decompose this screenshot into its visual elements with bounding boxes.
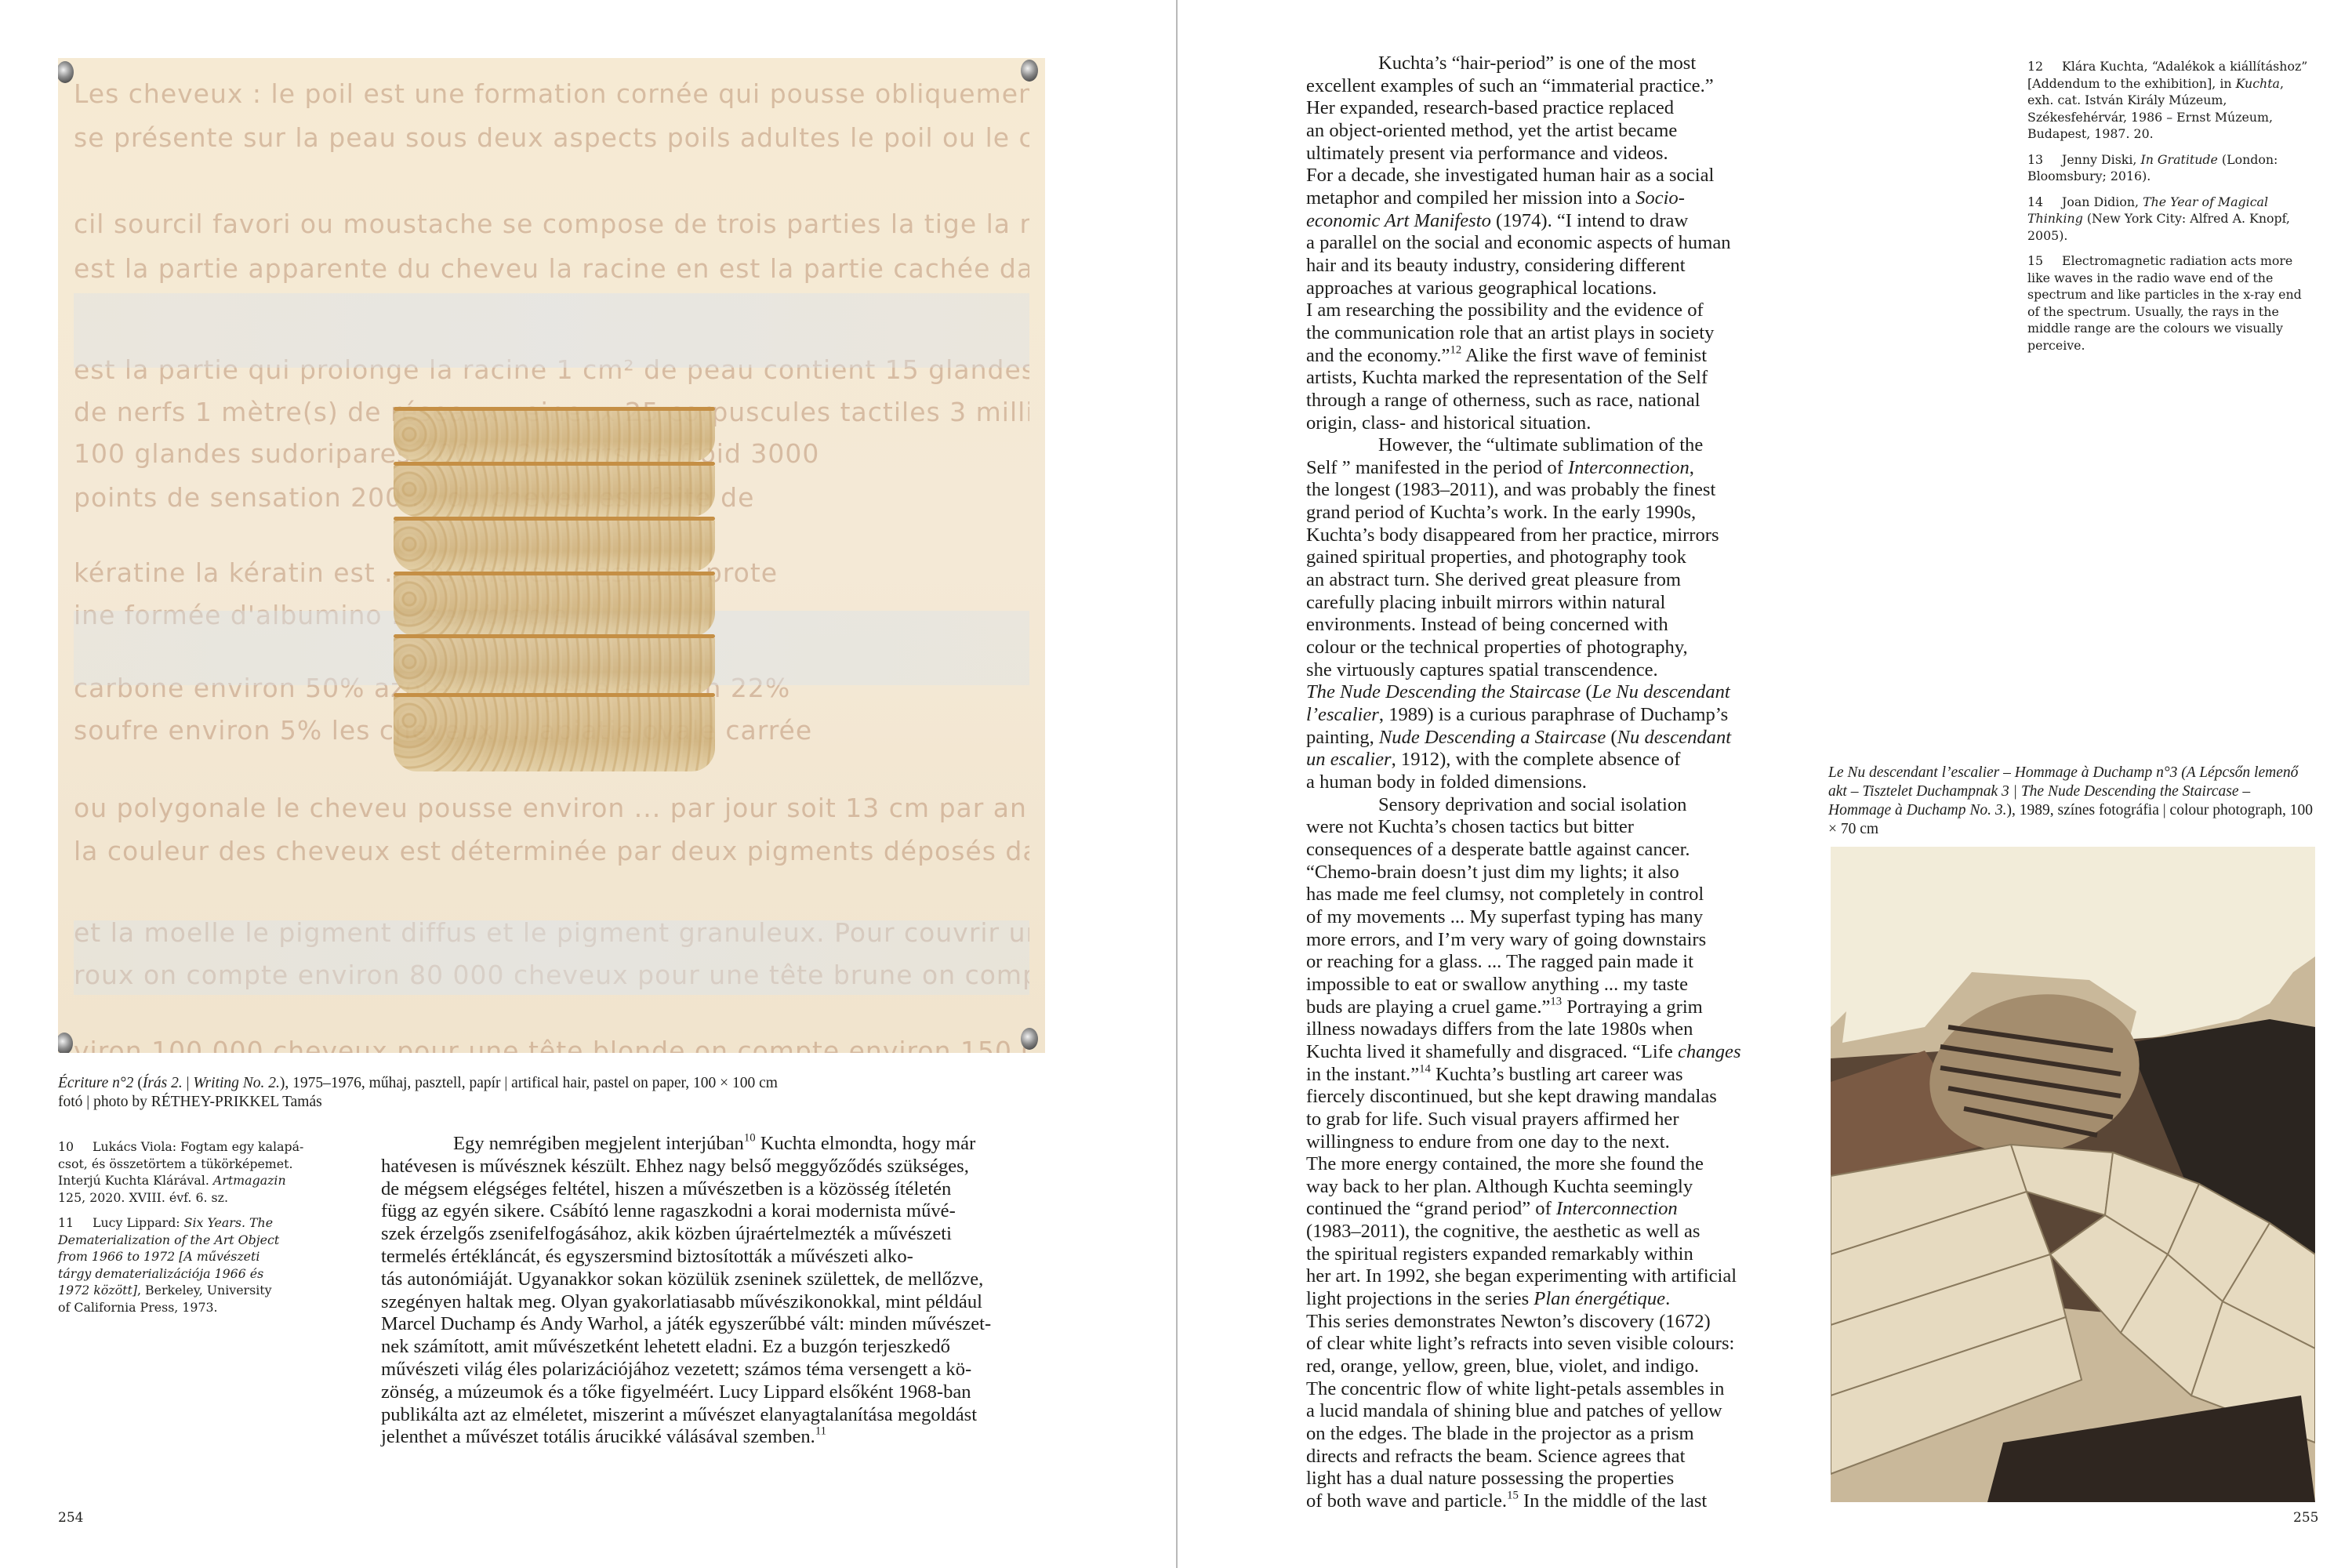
text-run: were not Kuchta’s chosen tactics but bit… — [1306, 816, 1634, 837]
footnotes-left: 10Lukács Viola: Fogtam egy kalapá- csot,… — [58, 1138, 379, 1324]
text-line: gained spiritual properties, and photogr… — [1306, 546, 1808, 569]
text-run: Portraying a grim — [1562, 996, 1703, 1018]
handwritten-line: viron 100 000 cheveux pour une tête blon… — [74, 1036, 1029, 1053]
italic-title: l’escalier — [1306, 704, 1379, 725]
text-run: red, orange, yellow, green, blue, violet… — [1306, 1356, 1699, 1377]
footnote-ref-12[interactable]: 12 — [1450, 343, 1461, 356]
text-run: gained spiritual properties, and photogr… — [1306, 546, 1686, 568]
text-line: directs and refracts the beam. Science a… — [1306, 1446, 1808, 1468]
italic-title: Nu descendant — [1617, 727, 1732, 748]
footnote-text: Joan Didion, — [2062, 194, 2143, 209]
text-line: environments. Instead of being concerned… — [1306, 614, 1808, 637]
text-line: on the edges. The blade in the projector… — [1306, 1423, 1808, 1446]
text-line: an abstract turn. She derived great plea… — [1306, 569, 1808, 592]
text-run: For a decade, she investigated human hai… — [1306, 165, 1714, 186]
pastel-band — [74, 920, 1029, 995]
footnotes-right: 12Klára Kuchta, “Adalékok a kiállításhoz… — [2027, 58, 2310, 362]
italic-title: Nude Descending a Staircase — [1379, 727, 1606, 748]
footnote-ref-15[interactable]: 15 — [1507, 1490, 1519, 1502]
text-line: an object-oriented method, yet the artis… — [1306, 120, 1808, 143]
text-line: has made me feel clumsy, not completely … — [1306, 884, 1808, 906]
handwritten-line: la couleur des cheveux est déterminée pa… — [74, 836, 1029, 866]
text-line: the spiritual registers expanded remarka… — [1306, 1243, 1808, 1266]
text-line: hatévesen is művésznek készült. Ehhez na… — [381, 1156, 1047, 1178]
text-run: “Chemo-brain doesn’t just dim my lights;… — [1306, 862, 1679, 883]
text-line: economic Art Manifesto (1974). “I intend… — [1306, 210, 1808, 233]
text-line: Egy nemrégiben megjelent interjúban10 Ku… — [381, 1133, 1047, 1156]
text-run: an abstract turn. She derived great plea… — [1306, 569, 1681, 590]
text-line: excellent examples of such an “immateria… — [1306, 75, 1808, 98]
text-line: termelés értékláncát, és egyszersmind bi… — [381, 1246, 1047, 1269]
text-line: the communication role that an artist pl… — [1306, 322, 1808, 345]
text-line: ultimately present via performance and v… — [1306, 143, 1808, 165]
book-gutter — [1176, 0, 1178, 1568]
pastel-band — [74, 293, 1029, 368]
text-line: to grab for life. Such visual prayers af… — [1306, 1109, 1808, 1131]
text-run: buds are playing a cruel game.” — [1306, 996, 1550, 1018]
footnote-number: 13 — [2027, 151, 2062, 169]
text-run: approaches at various geographical locat… — [1306, 278, 1657, 299]
text-line: The more energy contained, the more she … — [1306, 1153, 1808, 1176]
text-line: painting, Nude Descending a Staircase (N… — [1306, 727, 1808, 750]
handwritten-line: Les cheveux : le poil est une formation … — [74, 78, 1029, 109]
text-run: Kuchta’s “hair-period” is one of the mos… — [1378, 53, 1696, 74]
text-line: For a decade, she investigated human hai… — [1306, 165, 1808, 187]
text-line: impossible to eat or swallow anything ..… — [1306, 974, 1808, 996]
italic-title: changes — [1678, 1041, 1741, 1062]
text-line: jelenthet a művészet totális árucikké vá… — [381, 1426, 1047, 1449]
text-line: carefully placing inbuilt mirrors within… — [1306, 592, 1808, 615]
text-run: impossible to eat or swallow anything ..… — [1306, 974, 1688, 995]
artificial-hair-grid — [394, 407, 715, 775]
text-line: However, the “ultimate sublimation of th… — [1306, 434, 1808, 457]
footnote-text: Electromagnetic radiation acts more like… — [2027, 253, 2302, 353]
handwritten-line: se présente sur la peau sous deux aspect… — [74, 122, 1029, 153]
footnote-source-title: Six Years. The — [184, 1215, 273, 1230]
text-line: Kuchta’s body disappeared from her pract… — [1306, 524, 1808, 547]
text-line: művészeti világ éles polarizációjához ve… — [381, 1359, 1047, 1381]
text-line: red, orange, yellow, green, blue, violet… — [1306, 1356, 1808, 1378]
footnote-ref-13[interactable]: 13 — [1550, 995, 1562, 1007]
footnote-text: Interjú Kuchta Klárával. — [58, 1173, 213, 1188]
handwritten-line: ou polygonale le cheveu pousse environ .… — [74, 793, 1029, 823]
text-line: willingness to endure from one day to th… — [1306, 1131, 1808, 1154]
footnote-number: 11 — [58, 1214, 93, 1232]
footnote-number: 15 — [2027, 252, 2062, 270]
text-line: szek érzelgős zsenifelfogásához, akik kö… — [381, 1223, 1047, 1246]
text-run: ( — [1606, 727, 1617, 748]
footnote-text: Lucy Lippard: — [93, 1215, 184, 1230]
text-line: hair and its beauty industry, considerin… — [1306, 255, 1808, 278]
text-run: way back to her plan. Although Kuchta se… — [1306, 1176, 1693, 1197]
text-line: Marcel Duchamp és Andy Warhol, a játék e… — [381, 1313, 1047, 1336]
text-line: fiercely discontinued, but she kept draw… — [1306, 1086, 1808, 1109]
text-run: grand period of Kuchta’s work. In the ea… — [1306, 502, 1696, 523]
footnote-source-title: tárgy dematerializációja 1966 és — [58, 1266, 263, 1281]
text-line: Sensory deprivation and social isolation — [1306, 794, 1808, 817]
text-line: way back to her plan. Although Kuchta se… — [1306, 1176, 1808, 1199]
text-run: hair and its beauty industry, considerin… — [1306, 255, 1686, 276]
text-line: publikálta azt az elméletet, miszerint a… — [381, 1404, 1047, 1427]
body-text-hungarian: Egy nemrégiben megjelent interjúban10 Ku… — [381, 1133, 1047, 1449]
text-run: This series demonstrates Newton’s discov… — [1306, 1311, 1711, 1332]
text-run: and the economy.” — [1306, 345, 1450, 366]
text-line: Self ” manifested in the period of Inter… — [1306, 457, 1808, 480]
text-run: ( — [1581, 681, 1592, 702]
footnote-ref-14[interactable]: 14 — [1419, 1062, 1431, 1075]
caption-sep: ( — [133, 1075, 142, 1091]
text-run: The concentric flow of white light-petal… — [1306, 1378, 1724, 1399]
text-line: were not Kuchta’s chosen tactics but bit… — [1306, 816, 1808, 839]
text-run: her art. In 1992, she began experimentin… — [1306, 1265, 1737, 1287]
footnote-12: 12Klára Kuchta, “Adalékok a kiállításhoz… — [2027, 58, 2310, 143]
text-line: approaches at various geographical locat… — [1306, 278, 1808, 300]
text-line: more errors, and I’m very wary of going … — [1306, 929, 1808, 952]
text-run: artists, Kuchta marked the representatio… — [1306, 367, 1708, 388]
footnote-11: 11Lucy Lippard: Six Years. The Demateria… — [58, 1214, 379, 1316]
text-line: a human body in folded dimensions. — [1306, 771, 1808, 794]
text-run: fiercely discontinued, but she kept draw… — [1306, 1086, 1717, 1107]
text-run: willingness to endure from one day to th… — [1306, 1131, 1670, 1152]
mount-screw-icon — [1021, 1028, 1038, 1050]
text-run: of both wave and particle. — [1306, 1490, 1507, 1512]
text-line: her art. In 1992, she began experimentin… — [1306, 1265, 1808, 1288]
text-run: . — [1665, 1288, 1670, 1309]
text-line: un escalier, 1912), with the complete ab… — [1306, 749, 1808, 771]
text-run: environments. Instead of being concerned… — [1306, 614, 1668, 635]
text-run: excellent examples of such an “immateria… — [1306, 75, 1714, 96]
footnote-source-title: 1972 között] — [58, 1283, 137, 1298]
text-line: colour or the technical properties of ph… — [1306, 637, 1808, 659]
text-run: to grab for life. Such visual prayers af… — [1306, 1109, 1679, 1130]
text-run: she virtuously captures spatial transcen… — [1306, 659, 1658, 681]
text-line: szegényen haltak meg. Olyan gyakorlatias… — [381, 1291, 1047, 1314]
text-run: Kuchta lived it shamefully and disgraced… — [1306, 1041, 1678, 1062]
text-line: light has a dual nature possessing the p… — [1306, 1468, 1808, 1490]
footnote-source-title: from 1966 to 1972 [A művészeti — [58, 1249, 260, 1264]
text-run: ultimately present via performance and v… — [1306, 143, 1668, 164]
text-run: Kuchta elmondta, hogy már — [756, 1133, 976, 1154]
text-run: more errors, and I’m very wary of going … — [1306, 929, 1706, 950]
text-run: consequences of a desperate battle again… — [1306, 839, 1690, 860]
body-text-english: Kuchta’s “hair-period” is one of the mos… — [1306, 53, 1808, 1513]
footnote-ref-11[interactable]: 11 — [815, 1425, 826, 1438]
text-run: through a range of otherness, such as ra… — [1306, 390, 1700, 411]
text-run: , 1912), with the complete absence of — [1392, 749, 1681, 770]
footnote-13: 13Jenny Diski, In Gratitude (London: Blo… — [2027, 151, 2310, 185]
footnote-number: 14 — [2027, 194, 2062, 211]
text-line: This series demonstrates Newton’s discov… — [1306, 1311, 1808, 1334]
text-run: Self ” manifested in the period of — [1306, 457, 1568, 478]
text-line: tás autonómiáját. Ugyanakkor sokan közül… — [381, 1269, 1047, 1291]
text-run: carefully placing inbuilt mirrors within… — [1306, 592, 1665, 613]
footnote-text: , Berkeley, University — [137, 1283, 272, 1298]
text-run: origin, class- and historical situation. — [1306, 412, 1591, 434]
italic-title: Interconnection — [1568, 457, 1690, 478]
text-run: (1974). “I intend to draw — [1491, 210, 1688, 231]
text-line: (1983–2011), the cognitive, the aestheti… — [1306, 1221, 1808, 1243]
text-run: In the middle of the last — [1519, 1490, 1707, 1512]
text-line: in the instant.”14 Kuchta’s bustling art… — [1306, 1064, 1808, 1087]
text-run: or reaching for a glass. ... The ragged … — [1306, 951, 1693, 972]
italic-title: Plan énergétique — [1534, 1288, 1665, 1309]
text-run: continued the “grand period” of — [1306, 1198, 1556, 1219]
text-line: nek számított, amit művészetként lehetet… — [381, 1336, 1047, 1359]
text-line: artists, Kuchta marked the representatio… — [1306, 367, 1808, 390]
text-run: a parallel on the social and economic as… — [1306, 232, 1731, 253]
footnote-source-title: Artmagazin — [213, 1173, 286, 1188]
footnote-14: 14Joan Didion, The Year of Magical Think… — [2027, 194, 2310, 245]
footnote-source-title: Kuchta — [2236, 76, 2280, 91]
mount-screw-icon — [58, 61, 74, 83]
footnote-text: Lukács Viola: Fogtam egy kalapá- — [93, 1139, 303, 1154]
caption-details: ), 1975–1976, műhaj, pasztell, papír | a… — [280, 1075, 778, 1091]
page-number-right: 255 — [2293, 1510, 2318, 1526]
italic-title: Le Nu descendant — [1592, 681, 1730, 702]
artwork-caption: Écriture n°2 (Írás 2. | Writing No. 2.),… — [58, 1074, 1046, 1112]
text-line: függ az egyén sikere. Csábító lenne raga… — [381, 1200, 1047, 1223]
text-run: of my movements ... My superfast typing … — [1306, 906, 1703, 927]
text-line: de mégsem elégséges feltétel, hiszen a m… — [381, 1178, 1047, 1201]
text-line: grand period of Kuchta’s work. In the ea… — [1306, 502, 1808, 524]
text-line: a lucid mandala of shining blue and patc… — [1306, 1400, 1808, 1423]
text-line: and the economy.”12 Alike the first wave… — [1306, 345, 1808, 368]
text-run: Her expanded, research-based practice re… — [1306, 97, 1674, 118]
italic-title: economic Art Manifesto — [1306, 210, 1491, 231]
text-run: the communication role that an artist pl… — [1306, 322, 1714, 343]
caption-title: Écriture n°2 — [58, 1075, 133, 1091]
text-line: I am researching the possibility and the… — [1306, 299, 1808, 322]
handwritten-line: cil sourcil favori ou moustache se compo… — [74, 209, 1029, 239]
text-run: light has a dual nature possessing the p… — [1306, 1468, 1674, 1489]
staircase-photo-illustration — [1831, 847, 2315, 1502]
italic-title: Socio- — [1635, 187, 1685, 209]
text-line: or reaching for a glass. ... The ragged … — [1306, 951, 1808, 974]
footnote-15: 15Electromagnetic radiation acts more li… — [2027, 252, 2310, 354]
text-line: The concentric flow of white light-petal… — [1306, 1378, 1808, 1401]
mount-screw-icon — [58, 1033, 73, 1053]
handwritten-line: est la partie apparente du cheveu la rac… — [74, 253, 1029, 284]
text-run: of clear white light’s refracts into sev… — [1306, 1333, 1734, 1354]
text-run: (1983–2011), the cognitive, the aestheti… — [1306, 1221, 1700, 1242]
artwork-ecriture-no2: Les cheveux : le poil est une formation … — [58, 58, 1045, 1053]
text-run: Kuchta’s bustling art career was — [1431, 1064, 1683, 1085]
text-line: through a range of otherness, such as ra… — [1306, 390, 1808, 412]
text-line: origin, class- and historical situation. — [1306, 412, 1808, 435]
text-run: a human body in folded dimensions. — [1306, 771, 1587, 793]
text-run: Kuchta’s body disappeared from her pract… — [1306, 524, 1719, 546]
photo-credit: fotó | photo by RÉTHEY-PRIKKEL Tamás — [58, 1093, 1046, 1112]
footnote-text: csot, és összetörtem a tükörképemet. — [58, 1156, 293, 1171]
text-run: the spiritual registers expanded remarka… — [1306, 1243, 1693, 1265]
footnote-number: 10 — [58, 1138, 93, 1156]
text-line: metaphor and compiled her mission into a… — [1306, 187, 1808, 210]
photo-nude-descending-staircase — [1831, 847, 2315, 1502]
text-line: of both wave and particle.15 In the midd… — [1306, 1490, 1808, 1513]
footnote-text: Jenny Diski, — [2062, 152, 2140, 167]
text-line: Kuchta’s “hair-period” is one of the mos… — [1306, 53, 1808, 75]
text-line: “Chemo-brain doesn’t just dim my lights;… — [1306, 862, 1808, 884]
caption-sep: | — [183, 1075, 194, 1091]
page-number-left: 254 — [58, 1510, 83, 1526]
text-line: l’escalier, 1989) is a curious paraphras… — [1306, 704, 1808, 727]
text-line: continued the “grand period” of Intercon… — [1306, 1198, 1808, 1221]
mount-screw-icon — [1021, 60, 1038, 82]
text-run: The more energy contained, the more she … — [1306, 1153, 1704, 1174]
text-run: I am researching the possibility and the… — [1306, 299, 1704, 321]
text-run: , 1989) is a curious paraphrase of Ducha… — [1379, 704, 1728, 725]
text-run: Egy nemrégiben megjelent interjúban — [453, 1133, 744, 1154]
text-run: directs and refracts the beam. Science a… — [1306, 1446, 1685, 1467]
text-run: the longest (1983–2011), and was probabl… — [1306, 479, 1715, 500]
photo-caption: Le Nu descendant l’escalier – Hommage à … — [1828, 764, 2314, 839]
footnote-number: 12 — [2027, 58, 2062, 75]
footnote-text: 125, 2020. XVIII. évf. 6. sz. — [58, 1190, 228, 1205]
text-run: on the edges. The blade in the projector… — [1306, 1423, 1694, 1444]
text-line: buds are playing a cruel game.”13 Portra… — [1306, 996, 1808, 1019]
footnote-source-title: In Gratitude — [2140, 152, 2217, 167]
text-run: metaphor and compiled her mission into a — [1306, 187, 1635, 209]
italic-title: The Nude Descending the Staircase — [1306, 681, 1581, 702]
text-line: she virtuously captures spatial transcen… — [1306, 659, 1808, 682]
text-line: of my movements ... My superfast typing … — [1306, 906, 1808, 929]
text-run: , — [1690, 457, 1694, 478]
text-line: of clear white light’s refracts into sev… — [1306, 1333, 1808, 1356]
text-run: a lucid mandala of shining blue and patc… — [1306, 1400, 1722, 1421]
text-run: an object-oriented method, yet the artis… — [1306, 120, 1677, 141]
text-run: illness nowadays differs from the late 1… — [1306, 1018, 1693, 1040]
text-line: consequences of a desperate battle again… — [1306, 839, 1808, 862]
text-run: in the instant.” — [1306, 1064, 1419, 1085]
text-run: has made me feel clumsy, not completely … — [1306, 884, 1704, 905]
caption-en-title: Writing No. 2. — [193, 1075, 280, 1091]
text-line: the longest (1983–2011), and was probabl… — [1306, 479, 1808, 502]
footnote-text: of California Press, 1973. — [58, 1300, 218, 1315]
text-line: illness nowadays differs from the late 1… — [1306, 1018, 1808, 1041]
text-run: However, the “ultimate sublimation of th… — [1378, 434, 1703, 456]
footnote-10: 10Lukács Viola: Fogtam egy kalapá- csot,… — [58, 1138, 379, 1206]
footnote-ref-10[interactable]: 10 — [744, 1132, 756, 1145]
italic-title: Interconnection — [1556, 1198, 1678, 1219]
text-run: Alike the first wave of feminist — [1461, 345, 1707, 366]
text-run: Sensory deprivation and social isolation — [1378, 794, 1686, 815]
text-line: The Nude Descending the Staircase (Le Nu… — [1306, 681, 1808, 704]
text-line: Her expanded, research-based practice re… — [1306, 97, 1808, 120]
text-line: a parallel on the social and economic as… — [1306, 232, 1808, 255]
text-run: colour or the technical properties of ph… — [1306, 637, 1688, 658]
text-line: light projections in the series Plan éne… — [1306, 1288, 1808, 1311]
text-run: painting, — [1306, 727, 1379, 748]
caption-hu-title: Írás 2. — [143, 1075, 183, 1091]
text-run: jelenthet a művészet totális árucikké vá… — [381, 1426, 815, 1447]
text-line: zönség, a múzeumok és a tőke figyelméért… — [381, 1381, 1047, 1404]
italic-title: un escalier — [1306, 749, 1392, 770]
text-line: Kuchta lived it shamefully and disgraced… — [1306, 1041, 1808, 1064]
footnote-source-title: Dematerialization of the Art Object — [58, 1232, 279, 1247]
text-run: light projections in the series — [1306, 1288, 1534, 1309]
